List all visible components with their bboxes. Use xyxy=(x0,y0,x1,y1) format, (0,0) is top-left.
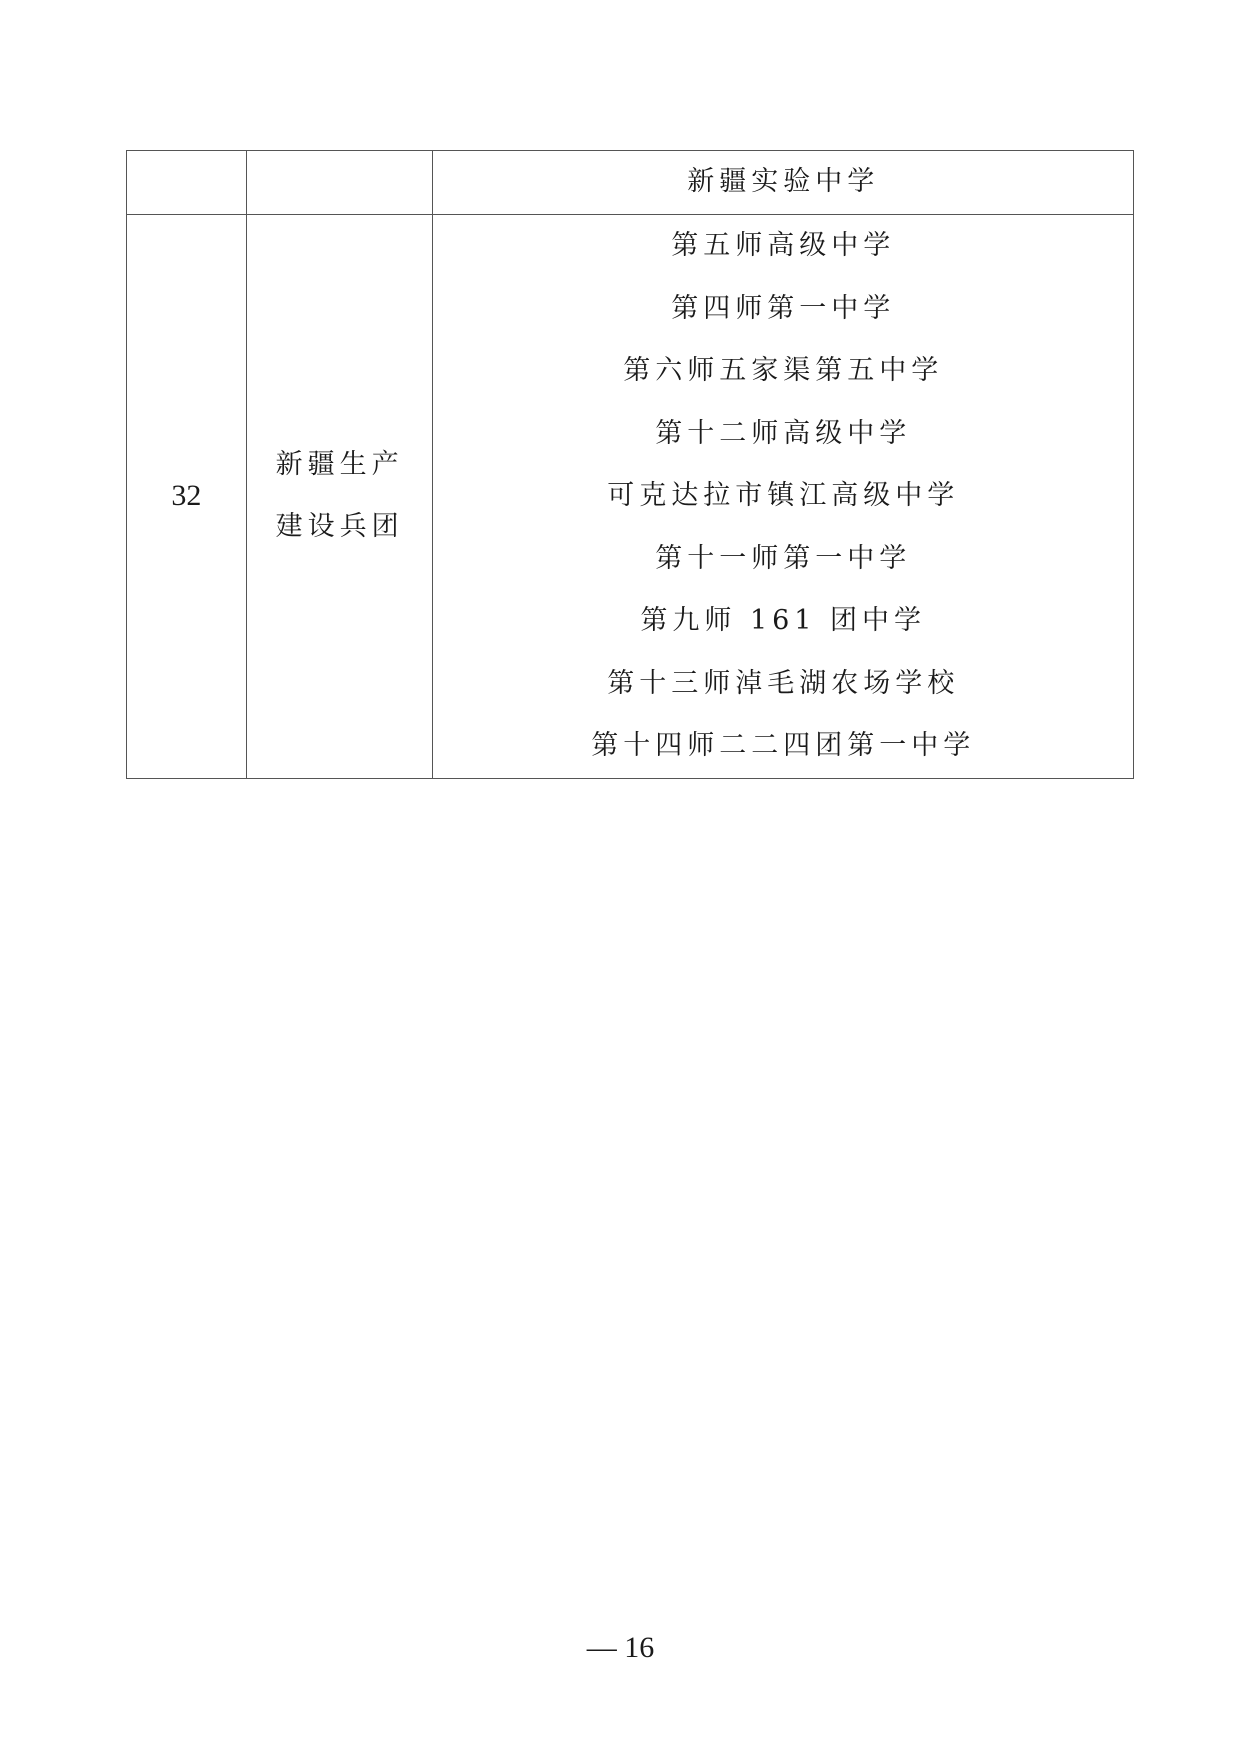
table-row: 新疆实验中学 xyxy=(127,151,1134,215)
school-name: 可克达拉市镇江高级中学 xyxy=(433,465,1133,528)
index-cell xyxy=(127,151,247,215)
region-line: 新疆生产 xyxy=(247,434,433,496)
region-line: 建设兵团 xyxy=(247,496,433,558)
school-name: 第十三师淖毛湖农场学校 xyxy=(433,653,1133,716)
region-cell: 新疆生产 建设兵团 xyxy=(246,215,433,779)
school-name: 第六师五家渠第五中学 xyxy=(433,340,1133,403)
region-cell xyxy=(246,151,433,215)
schools-table: 新疆实验中学 32 新疆生产 建设兵团 第五师高级中学 第四师第一中学 第六师五… xyxy=(126,150,1134,779)
table-row: 32 新疆生产 建设兵团 第五师高级中学 第四师第一中学 第六师五家渠第五中学 … xyxy=(127,215,1134,779)
school-name: 新疆实验中学 xyxy=(433,151,1134,215)
school-name: 第十二师高级中学 xyxy=(433,403,1133,466)
page-number: — 16 xyxy=(0,1631,1241,1665)
school-name: 第十一师第一中学 xyxy=(433,528,1133,591)
school-name: 第十四师二二四团第一中学 xyxy=(433,715,1133,778)
school-list: 第五师高级中学 第四师第一中学 第六师五家渠第五中学 第十二师高级中学 可克达拉… xyxy=(433,215,1134,779)
school-name: 第四师第一中学 xyxy=(433,278,1133,341)
school-name: 第五师高级中学 xyxy=(433,215,1133,278)
index-cell: 32 xyxy=(127,215,247,779)
school-name: 第九师 161 团中学 xyxy=(433,590,1133,653)
